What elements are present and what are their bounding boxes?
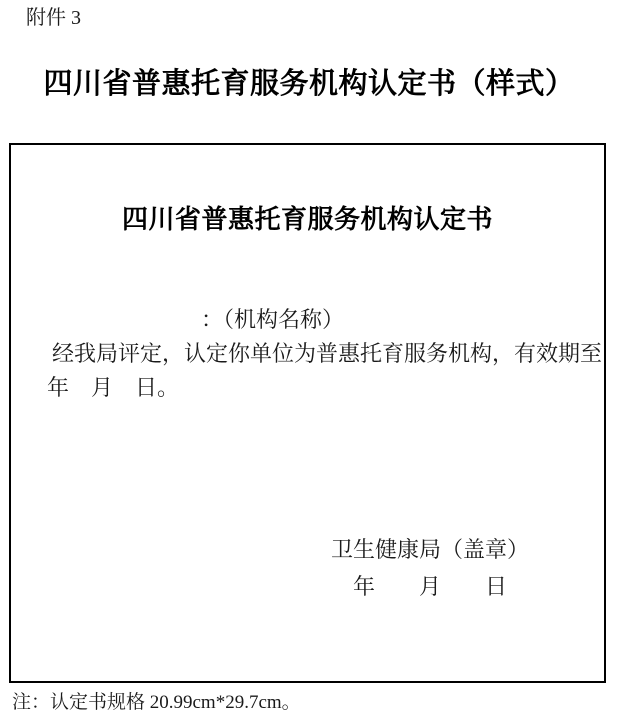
certificate-body-line-1: 经我局评定，认定你单位为普惠托育服务机构，有效期至 — [11, 337, 604, 371]
certificate-body: ：（机构名称） 经我局评定，认定你单位为普惠托育服务机构，有效期至 年 月 日。 — [11, 303, 604, 405]
certificate-title: 四川省普惠托育服务机构认定书 — [11, 200, 604, 240]
certificate-body-line-2: 年 月 日。 — [11, 371, 604, 405]
document-page: 附件 3 四川省普惠托育服务机构认定书（样式） 四川省普惠托育服务机构认定书 ：… — [0, 0, 618, 724]
signature-block: 卫生健康局（盖章） 年 月 日 — [331, 531, 529, 605]
institution-name-line: ：（机构名称） — [11, 303, 604, 337]
attachment-label: 附件 3 — [26, 5, 81, 31]
signature-authority-line: 卫生健康局（盖章） — [331, 531, 529, 568]
document-title: 四川省普惠托育服务机构认定书（样式） — [0, 66, 618, 102]
certificate-box: 四川省普惠托育服务机构认定书 ：（机构名称） 经我局评定，认定你单位为普惠托育服… — [9, 143, 606, 683]
footnote: 注：认定书规格 20.99cm*29.7cm。 — [12, 691, 301, 715]
signature-date-line: 年 月 日 — [331, 568, 529, 605]
